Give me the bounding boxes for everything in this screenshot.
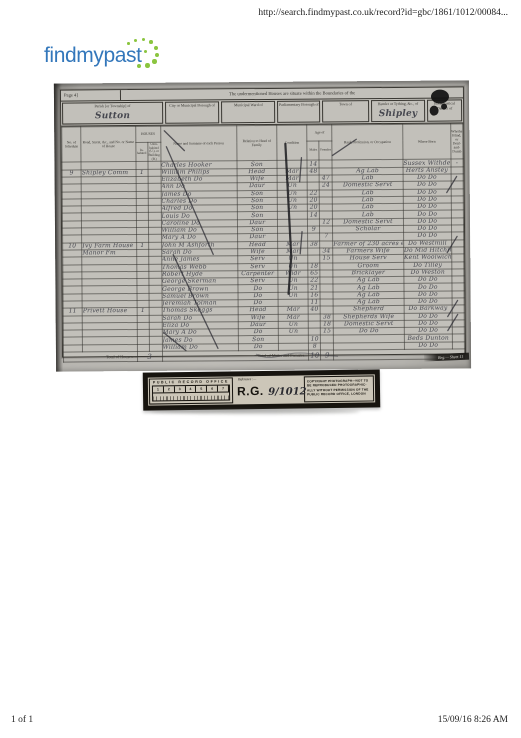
census-cell [136,249,148,256]
district-hamlet: Hamlet or Tything, &c., of Shipley [371,100,425,122]
census-cell [148,205,161,212]
district-parliamentary-borough: Parliamentary Borough of [277,101,320,123]
census-cell [320,226,333,233]
census-cell [308,233,320,240]
print-page: { "page": { "url_header": "http://search… [0,0,521,738]
census-cell [149,264,162,271]
scan-smudge [150,409,360,414]
census-cell [149,322,162,329]
census-cell [136,198,148,205]
pro-ruler-icon: 1 2 3 4 5 6 7 [152,384,230,401]
logo-dots-icon [141,42,171,72]
census-cell [320,189,333,196]
census-cell [148,184,161,191]
census-cell [149,315,162,322]
census-cell: 65 [308,270,320,277]
census-cell [136,220,148,227]
census-cell: 15 [320,255,333,262]
census-cell [136,184,148,191]
census-cell: - [451,159,463,166]
census-cell [137,322,149,329]
census-cell: 14 [308,211,320,218]
census-cell [148,162,161,169]
census-cell [136,176,148,183]
pro-reference-box: Reference :— R.G. 9/1012 [234,375,303,404]
census-cell [149,329,162,336]
census-cell [321,335,334,342]
census-cell [451,188,463,195]
census-cell: Kent Woolwich [404,254,452,262]
census-cell [148,227,161,234]
census-cell [149,286,162,293]
census-cell [137,286,149,293]
census-cell [148,176,161,183]
census-cell [148,198,161,205]
census-cell: Ivy Farm House [82,242,137,250]
census-cell [451,174,463,181]
census-cell: 40 [309,306,321,313]
census-cell [149,271,162,278]
census-cell [136,162,148,169]
census-cell [136,235,148,242]
census-cell [320,211,333,218]
print-url: http://search.findmypast.co.uk/record?id… [258,8,508,18]
census-cell: 15 [321,328,334,335]
census-cell: 20 [308,197,320,204]
census-cell: Shipley Comm [81,169,136,177]
census-cell: 1 [136,169,148,176]
census-cell [452,283,464,290]
census-cell [309,328,321,335]
census-cell: Do Barkway [404,305,452,313]
census-cell [320,284,333,291]
print-timestamp: 15/09/16 8:26 AM [438,715,508,725]
census-cell [136,206,148,213]
census-cell [149,344,162,351]
census-cell [452,320,464,327]
census-cell: 10 [309,336,321,343]
district-boxes: Parish [or Township] of Sutton City or M… [61,98,463,126]
census-cell [136,227,148,234]
census-cell: Sussex Withdean [403,159,451,167]
census-cell [452,305,464,312]
census-cell [452,313,464,320]
census-cell: Domestic Servt [332,182,403,190]
district-ecclesiastical: Ecclesiastical District of [427,99,462,121]
census-cell [148,235,161,242]
census-cell [149,293,162,300]
census-cell: 34 [320,248,333,255]
census-cell [148,169,161,176]
census-cell: Do Mid Hitchin [403,247,451,255]
pro-copyright-box: COPYRIGHT PHOTOGRAPH—NOT TO BE REPRODUCE… [304,375,374,402]
census-cell [308,219,320,226]
census-cell [452,334,464,341]
census-cell [320,262,333,269]
census-cell: 22 [308,277,320,284]
total-houses-value: 3 [137,351,162,361]
census-cell [137,264,149,271]
census-cell: 21 [308,284,320,291]
census-cell: 11 [308,299,320,306]
census-cell: 18 [321,321,334,328]
findmypast-logo: findmypast [44,44,142,72]
census-cell: 24 [320,182,333,189]
census-cell [321,306,334,313]
census-cell [320,197,333,204]
census-cell: Do Westmill [403,240,451,248]
census-cell: Herts Anstey [403,167,451,175]
reference-number: 9/1012 [268,386,307,398]
census-cell [321,343,334,350]
census-cell: 38 [308,241,320,248]
census-cell: Carpenter [238,270,278,278]
census-cell [319,160,332,167]
census-cell [149,257,162,264]
census-cell: 1 [136,242,148,249]
census-cell [319,168,332,175]
census-cell [451,210,463,217]
census-cell [148,220,161,227]
census-cell: Shepherds Wife [333,313,404,321]
census-cell [308,182,320,189]
district-hamlet-value: Shipley [372,109,424,119]
census-cell [308,248,320,255]
census-cell [149,308,162,315]
census-cell [149,337,162,344]
census-cell: 12 [320,219,333,226]
reference-label: Reference :— [238,377,256,381]
sheet-number-note: Reg.— Sheet 11 [424,353,469,362]
census-cell: 9 [308,226,320,233]
census-cell [149,300,162,307]
census-cell: 38 [321,314,334,321]
census-rows: Charles HookerSon14Sussex Withdean-9Ship… [62,159,464,352]
census-cell [451,196,463,203]
census-cell [137,257,149,264]
census-cell: 8 [309,343,321,350]
census-cell [320,241,333,248]
census-cell [452,247,464,254]
census-table-header: No. of Schedule Road, Street, &c., and N… [62,124,463,163]
census-cell [452,298,464,305]
district-municipal-ward: Municipal Ward of [221,101,275,123]
census-cell [320,299,333,306]
census-cell: 22 [308,190,320,197]
census-cell [320,277,333,284]
census-cell [137,337,149,344]
pro-scale-box: PUBLIC RECORD OFFICE 1 2 3 4 5 6 7 [149,377,233,404]
census-cell [137,300,149,307]
census-cell [320,292,333,299]
census-cell: Domestic Servt [333,320,404,328]
census-scan: Page 4] The undermentioned Houses are si… [54,80,471,371]
census-cell [451,181,463,188]
census-cell [452,240,464,247]
census-cell [308,255,320,262]
total-males-value: 10 [309,350,321,360]
census-cell [452,269,464,276]
census-cell [452,291,464,298]
census-cell [137,315,149,322]
district-parish: Parish [or Township] of Sutton [62,102,163,125]
census-form: Page 4] The undermentioned Houses are si… [60,86,466,357]
total-persons-label: Total of Males and Females.... [162,350,309,361]
census-cell: 18 [308,263,320,270]
total-houses-label: Total of Houses.... [63,352,137,363]
district-parish-value: Sutton [63,111,162,122]
census-cell [137,279,149,286]
census-cell: Do Weston [404,269,452,277]
census-cell [148,249,161,256]
census-cell [452,254,464,261]
census-cell [452,261,464,268]
census-cell: 47 [319,175,332,182]
print-page-count: 1 of 1 [11,715,33,725]
pro-reference-strip: PUBLIC RECORD OFFICE 1 2 3 4 5 6 7 Refer… [143,369,381,410]
census-cell: 7 [320,233,333,240]
district-town: Town of [322,100,369,122]
census-cell: 48 [307,168,319,175]
logo-wordmark: findmypast [44,44,142,67]
census-cell [452,327,464,334]
census-cell: 14 [307,160,319,167]
census-cell [451,225,463,232]
census-cell [137,293,149,300]
census-cell [320,270,333,277]
census-cell: Domestic Servt [333,218,404,226]
census-cell [451,218,463,225]
census-cell: Beds Dunton [404,334,452,342]
census-cell [148,213,161,220]
census-cell [452,342,464,349]
census-cell [309,321,321,328]
census-cell [451,232,463,239]
reference-prefix: R.G. [237,384,264,398]
census-cell [309,314,321,321]
census-cell [137,271,149,278]
census-cell [452,276,464,283]
census-cell [320,204,333,211]
census-cell [149,278,162,285]
census-cell [148,191,161,198]
census-cell: 20 [308,204,320,211]
census-cell [137,344,149,351]
page-number-label: Page 4] [61,90,121,100]
census-cell: 1 [137,308,149,315]
census-cell [451,203,463,210]
census-table: No. of Schedule Road, Street, &c., and N… [61,123,465,362]
census-cell [137,330,149,337]
total-females-value: 9 [321,350,334,360]
district-city-borough: City or Municipal Borough of [165,101,219,123]
census-totals-row: Total of Houses.... 3 Total of Males and… [63,349,464,362]
census-cell: Farmer of 230 acres emp 6 men [333,240,404,248]
census-cell [136,191,148,198]
census-cell: 16 [308,292,320,299]
census-cell [148,242,161,249]
census-cell [307,175,319,182]
census-cell [136,213,148,220]
pro-card: PUBLIC RECORD OFFICE 1 2 3 4 5 6 7 Refer… [148,374,375,405]
census-cell [451,167,463,174]
